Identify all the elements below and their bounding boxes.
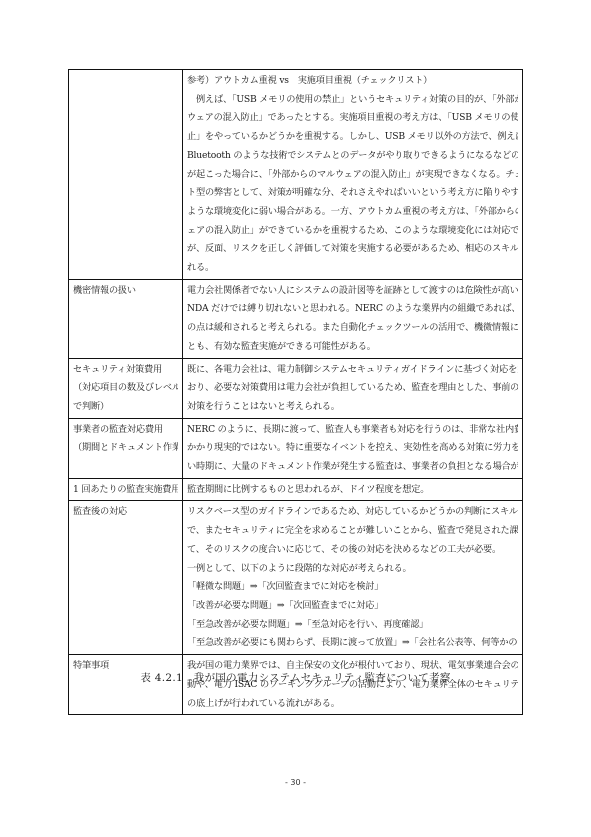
row-content-line: 止」をやっているかどうかを重視する。しかし、USB メモリ以外の方法で、例えば <box>187 128 518 147</box>
row-content-line: リスクベース型のガイドラインであるため、対応しているかどうかの判断にスキルが必要 <box>187 503 518 522</box>
row-content-line: Bluetooth のような技術でシステムとのデータがやり取りできるようになるな… <box>187 147 518 166</box>
row-content-line: の点は緩和されると考えられる。また自動化チェックツールの活用で、機微情報に触れず <box>187 319 518 338</box>
row-label-cell: 事業者の監査対応費用（期間とドキュメント作業量） <box>69 418 183 478</box>
row-content-line: れる。 <box>187 259 518 278</box>
row-content-line: ェアの混入防止」ができているかを重視するため、このような環境変化には対応できる <box>187 222 518 241</box>
row-content-line: 「軽微な問題」⇒「次回監査までに対応を検討」 <box>187 578 518 597</box>
row-content-line: 電力会社関係者でない人にシステムの設計図等を証跡として渡すのは危険性が高い。 <box>187 282 518 301</box>
row-content-cell: NERC のように、長期に渡って、監査人も事業者も対応を行うのは、非常な社内費用… <box>183 418 523 478</box>
row-content-line: い時期に、大量のドキュメント作業が発生する監査は、事業者の負担となる場合がある。 <box>187 458 518 477</box>
row-label-line: 事業者の監査対応費用 <box>73 421 178 440</box>
row-content-line: ような環境変化に弱い場合がある。一方、アウトカム重視の考え方は、「外部からのマル… <box>187 203 518 222</box>
table-row: 監査後の対応リスクベース型のガイドラインであるため、対応しているかどうかの判断に… <box>69 501 523 655</box>
row-label-line: セキュリティ対策費用 <box>73 361 178 380</box>
row-content-cell: 電力会社関係者でない人にシステムの設計図等を証跡として渡すのは危険性が高い。ND… <box>183 279 523 358</box>
row-content-line: の底上げが行われている流れがある。 <box>187 695 518 714</box>
row-content-line: で、またセキュリティに完全を求めることが難しいことから、監査で発見された課題に対… <box>187 522 518 541</box>
row-content-line: とも、有効な監査実施ができる可能性がある。 <box>187 338 518 357</box>
row-content-cell: 参考）アウトカム重視 vs 実施項目重視（チェックリスト） 例えば、「USB メ… <box>183 70 523 280</box>
table-caption: 表 4.2.1 我が国の電力システムセキュリティ監査について考察 <box>0 670 591 685</box>
row-content-cell: リスクベース型のガイドラインであるため、対応しているかどうかの判断にスキルが必要… <box>183 501 523 655</box>
row-label-line: 1 回あたりの監査実施費用 <box>73 481 178 500</box>
row-content-line: ト型の弊害として、対策が明確な分、それさえやればいいという考え方に陥りやすく、こ… <box>187 184 518 203</box>
row-content-line: かかり現実的ではない。特に重要なイベントを控え、実効性を高める対策に労力を割きた <box>187 439 518 458</box>
row-content-line: 例えば、「USB メモリの使用の禁止」というセキュリティ対策の目的が、「外部から… <box>187 91 518 110</box>
row-content-line: て、そのリスクの度合いに応じて、その後の対応を決めるなどの工夫が必要。 <box>187 541 518 560</box>
row-content-line: が、反面、リスクを正しく評価して対策を実施する必要があるため、相応のスキルが要求… <box>187 240 518 259</box>
row-label-line: で判断） <box>73 398 178 417</box>
row-content-line: 監査期間に比例するものと思われるが、ドイツ程度を想定。 <box>187 481 518 500</box>
row-label-cell: 機密情報の扱い <box>69 279 183 358</box>
row-content-line: 「至急改善が必要にも関わらず、長期に渡って放置」⇒「会社名公表等、何等かの罰則」 <box>187 634 518 653</box>
row-content-line: 対策を行うことはないと考えられる。 <box>187 398 518 417</box>
row-content-line: 「至急改善が必要な問題」⇒「至急対応を行い、再度確認」 <box>187 616 518 635</box>
row-label-cell: 1 回あたりの監査実施費用 <box>69 478 183 501</box>
row-label-line: （対応項目の数及びレベル <box>73 379 178 398</box>
row-label-cell: セキュリティ対策費用（対応項目の数及びレベルで判断） <box>69 358 183 418</box>
row-label-line: 監査後の対応 <box>73 503 178 522</box>
row-content-line: 「改善が必要な問題」⇒「次回監査までに対応」 <box>187 597 518 616</box>
row-content-cell: 監査期間に比例するものと思われるが、ドイツ程度を想定。 <box>183 478 523 501</box>
document-page: 参考）アウトカム重視 vs 実施項目重視（チェックリスト） 例えば、「USB メ… <box>0 0 591 837</box>
table-row: 事業者の監査対応費用（期間とドキュメント作業量）NERC のように、長期に渡って… <box>69 418 523 478</box>
row-label-cell <box>69 70 183 280</box>
row-content-line: 一例として、以下のように段階的な対応が考えられる。 <box>187 560 518 579</box>
row-content-line: NDA だけでは縛り切れないと思われる。NERC のような業界内の組織であれば、… <box>187 300 518 319</box>
row-content-line: ウェアの混入防止」であったとする。実施項目重視の考え方は、「USB メモリの使用… <box>187 109 518 128</box>
row-content-cell: 既に、各電力会社は、電力制御システムセキュリティガイドラインに基づく対応を実施し… <box>183 358 523 418</box>
row-label-cell: 監査後の対応 <box>69 501 183 655</box>
row-label-line: （期間とドキュメント作業量） <box>73 439 178 458</box>
table-row: 1 回あたりの監査実施費用監査期間に比例するものと思われるが、ドイツ程度を想定。 <box>69 478 523 501</box>
row-content-line: おり、必要な対策費用は電力会社が負担しているため、監査を理由とした、事前の追加 <box>187 379 518 398</box>
table-row: セキュリティ対策費用（対応項目の数及びレベルで判断）既に、各電力会社は、電力制御… <box>69 358 523 418</box>
row-content-line: が起こった場合に、「外部からのマルウェアの混入防止」が実現できなくなる。チェック… <box>187 166 518 185</box>
row-content-line: 既に、各電力会社は、電力制御システムセキュリティガイドラインに基づく対応を実施し… <box>187 361 518 380</box>
page-number: - 30 - <box>0 778 591 787</box>
row-content-line: NERC のように、長期に渡って、監査人も事業者も対応を行うのは、非常な社内費用… <box>187 421 518 440</box>
table-row: 機密情報の扱い電力会社関係者でない人にシステムの設計図等を証跡として渡すのは危険… <box>69 279 523 358</box>
audit-considerations-table: 参考）アウトカム重視 vs 実施項目重視（チェックリスト） 例えば、「USB メ… <box>68 69 523 715</box>
table-row: 参考）アウトカム重視 vs 実施項目重視（チェックリスト） 例えば、「USB メ… <box>69 70 523 280</box>
row-label-line: 機密情報の扱い <box>73 282 178 301</box>
row-content-line: 参考）アウトカム重視 vs 実施項目重視（チェックリスト） <box>187 72 518 91</box>
